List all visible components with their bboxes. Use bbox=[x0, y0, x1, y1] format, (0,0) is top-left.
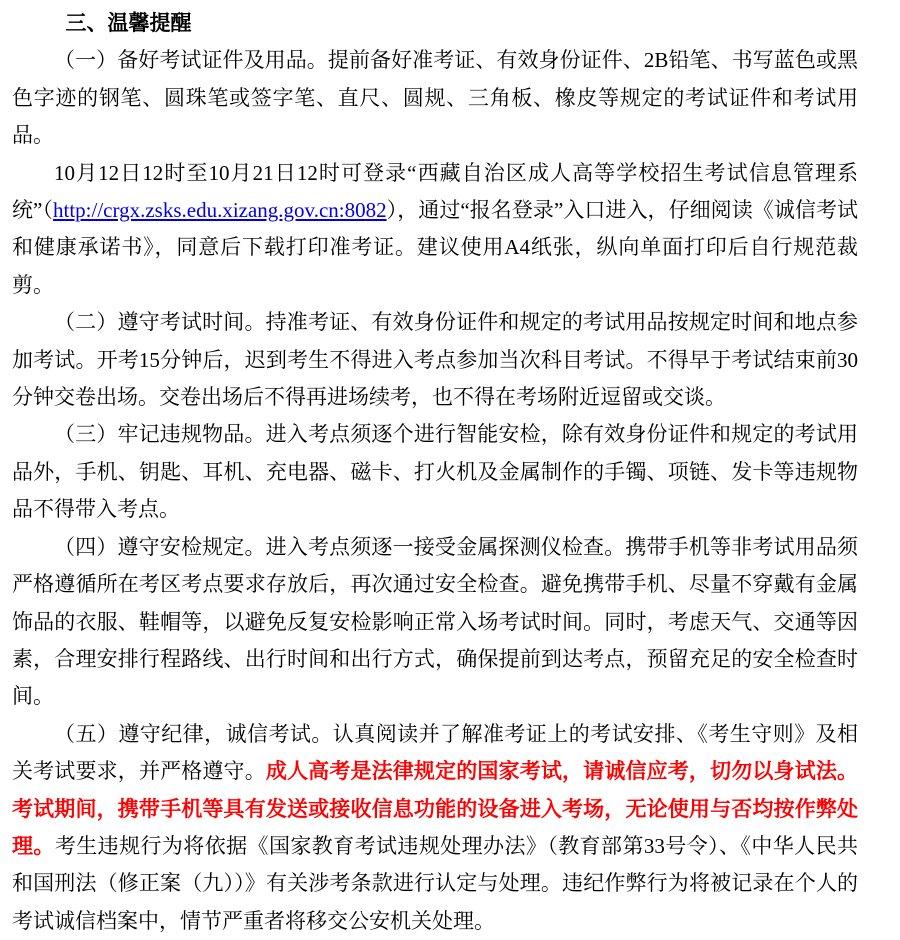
registration-portal-link[interactable]: http://crgx.zsks.edu.xizang.gov.cn:8082 bbox=[53, 198, 387, 222]
paragraph-exam-items: （一）备好考试证件及用品。提前备好准考证、有效身份证件、2B铅笔、书写蓝色或黑色… bbox=[12, 42, 858, 154]
section-heading: 三、温馨提醒 bbox=[12, 5, 858, 42]
paragraph-prohibited-items: （三）牢记违规物品。进入考点须逐个进行智能安检，除有效身份证件和规定的考试用品外… bbox=[12, 416, 858, 528]
notice-document: 三、温馨提醒 （一）备好考试证件及用品。提前备好准考证、有效身份证件、2B铅笔、… bbox=[0, 0, 900, 940]
paragraph-text: 考生违规行为将依据《国家教育考试违规处理办法》（教育部第33号令）、《中华人民共… bbox=[12, 834, 858, 933]
paragraph-text: （一）备好考试证件及用品。提前备好准考证、有效身份证件、2B铅笔、书写蓝色或黑色… bbox=[12, 48, 858, 147]
paragraph-text: （三）牢记违规物品。进入考点须逐个进行智能安检，除有效身份证件和规定的考试用品外… bbox=[12, 422, 858, 521]
paragraph-security-check: （四）遵守安检规定。进入考点须逐一接受金属探测仪检查。携带手机等非考试用品须严格… bbox=[12, 529, 858, 716]
paragraph-discipline: （五）遵守纪律，诚信考试。认真阅读并了解准考证上的考试安排、《考生守则》及相关考… bbox=[12, 716, 858, 940]
paragraph-text: （四）遵守安检规定。进入考点须逐一接受金属探测仪检查。携带手机等非考试用品须严格… bbox=[12, 535, 858, 709]
paragraph-text: （二）遵守考试时间。持准考证、有效身份证件和规定的考试用品按规定时间和地点参加考… bbox=[12, 310, 858, 409]
paragraph-admission-ticket: 10月12日12时至10月21日12时可登录“西藏自治区成人高等学校招生考试信息… bbox=[12, 155, 858, 305]
paragraph-exam-time: （二）遵守考试时间。持准考证、有效身份证件和规定的考试用品按规定时间和地点参加考… bbox=[12, 304, 858, 416]
